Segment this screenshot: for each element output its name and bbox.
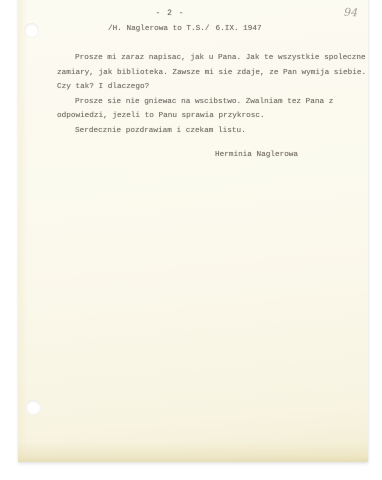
letter-line: odpowiedzi, jezeli to Panu sprawia przyk… bbox=[57, 109, 371, 124]
letter-body: Prosze mi zaraz napisac, jak u Pana. Jak… bbox=[57, 51, 371, 138]
page-number: - 2 - bbox=[130, 9, 210, 18]
signature: Herminia Naglerowa bbox=[215, 151, 298, 159]
pencil-page-mark: 94 bbox=[344, 6, 359, 20]
scan-background: - 2 - /H. Naglerowa to T.S./6.IX. 1947 P… bbox=[0, 0, 382, 480]
paper-bottom-edge-shade bbox=[18, 442, 368, 462]
punch-hole-bottom bbox=[26, 400, 41, 415]
letter-date: 6.IX. 1947 bbox=[216, 25, 262, 33]
paper-left-edge-shade bbox=[18, 0, 28, 462]
attribution-note: /H. Naglerowa to T.S./ bbox=[108, 25, 210, 33]
letter-line: Czy tak? I dlaczego? bbox=[57, 80, 371, 95]
letter-page: - 2 - /H. Naglerowa to T.S./6.IX. 1947 P… bbox=[18, 0, 368, 462]
letter-header: /H. Naglerowa to T.S./6.IX. 1947 bbox=[108, 25, 262, 33]
letter-line: Prosze sie nie gniewac na wscibstwo. Zwa… bbox=[57, 95, 371, 110]
letter-line: zamiary, jak biblioteka. Zawsze mi sie z… bbox=[57, 66, 371, 81]
letter-line: Serdecznie pozdrawiam i czekam listu. bbox=[57, 124, 371, 139]
letter-line: Prosze mi zaraz napisac, jak u Pana. Jak… bbox=[57, 51, 371, 66]
